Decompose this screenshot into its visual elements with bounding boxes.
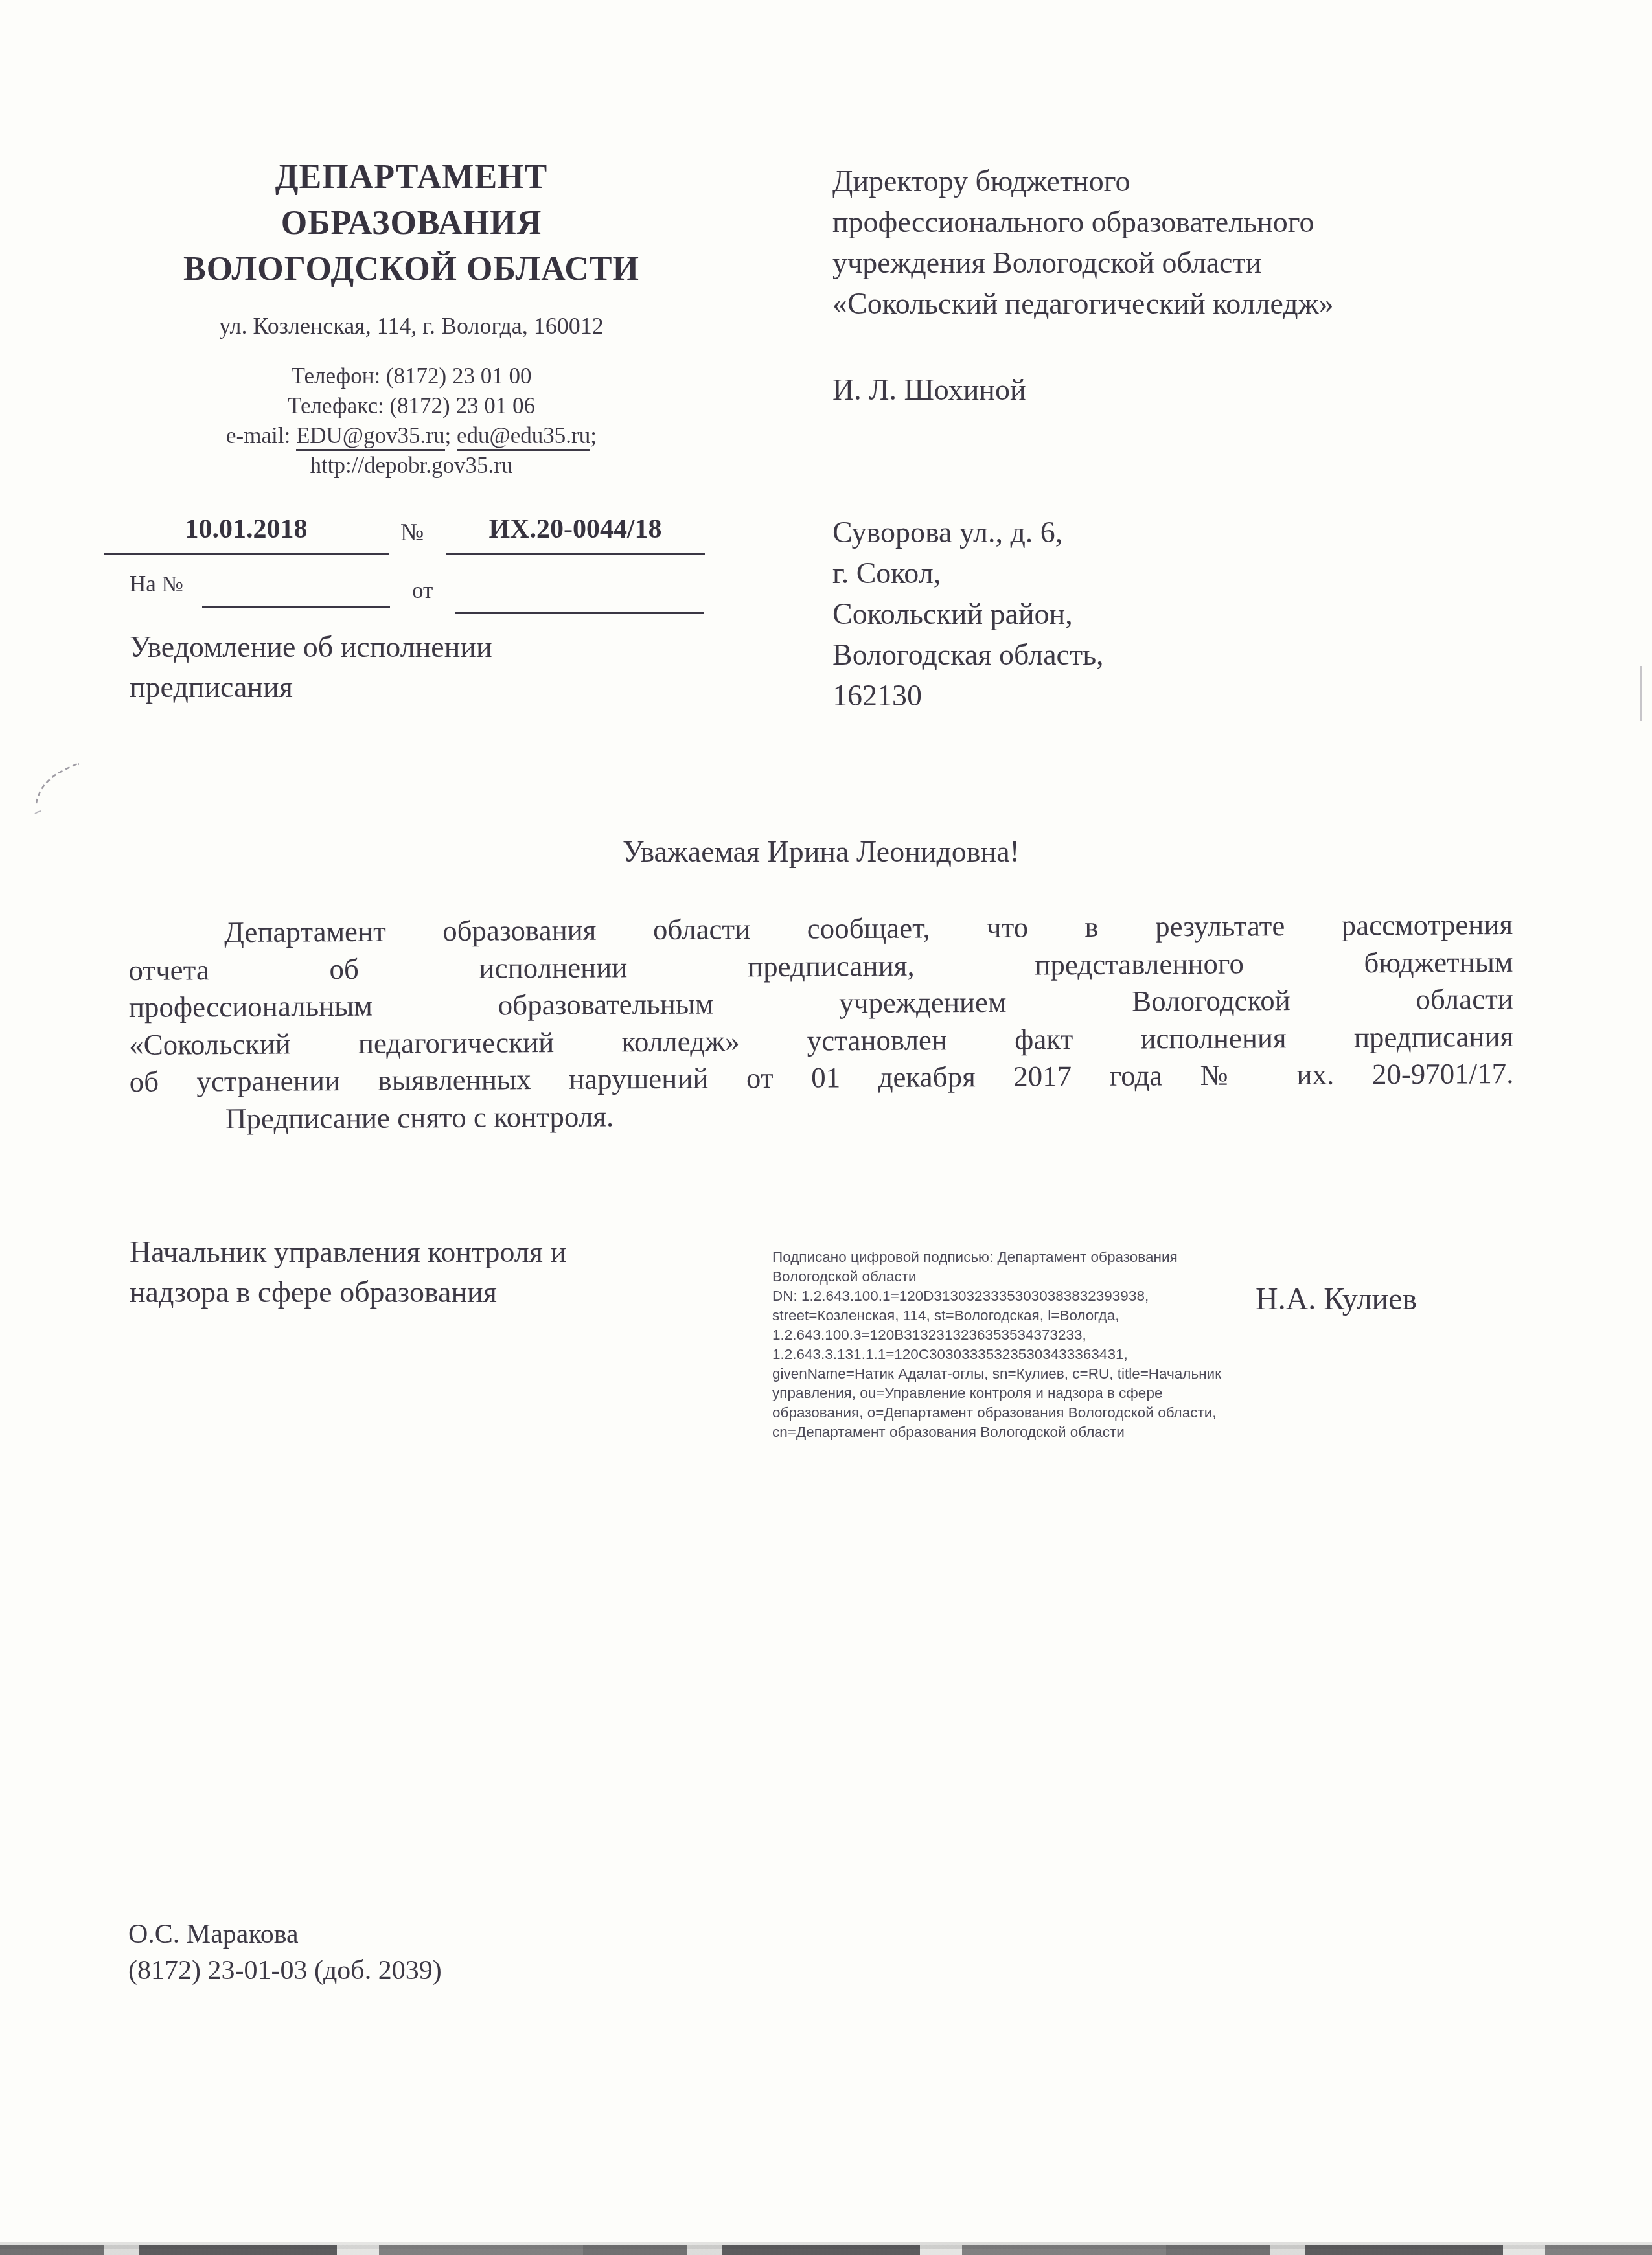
- stamp-line-8: управления, ou=Управление контроля и над…: [772, 1384, 1284, 1403]
- letterhead-org: ДЕПАРТАМЕНТ ОБРАЗОВАНИЯ ВОЛОГОДСКОЙ ОБЛА…: [91, 154, 732, 292]
- signer-name: Н.А. Кулиев: [1256, 1281, 1566, 1317]
- org-line-3: ВОЛОГОДСКОЙ ОБЛАСТИ: [91, 246, 732, 292]
- stamp-line-7: givenName=Натик Адалат-оглы, sn=Кулиев, …: [772, 1364, 1284, 1384]
- recipient-line-2: профессионального образовательного: [832, 201, 1565, 242]
- recipient-address: Суворова ул., д. 6, г. Сокол, Сокольский…: [832, 512, 1480, 716]
- scan-edge-artifact: [1640, 666, 1642, 721]
- signer-title-line-1: Начальник управления контроля и: [130, 1232, 713, 1272]
- recipient-address-line-1: Суворова ул., д. 6,: [832, 512, 1480, 553]
- email-label: e-mail:: [226, 423, 296, 448]
- executor-block: О.С. Маракова (8172) 23-01-03 (доб. 2039…: [128, 1916, 442, 1989]
- email-link-1: EDU@gov35.ru: [296, 423, 445, 451]
- website-line: http://depobr.gov35.ru: [91, 451, 732, 481]
- email-separator: ;: [445, 423, 457, 448]
- recipient-block: Директору бюджетного профессионального о…: [832, 161, 1565, 324]
- subject-line-1: Уведомление об исполнении: [130, 627, 661, 667]
- email-link-2: edu@edu35.ru: [457, 423, 590, 451]
- recipient-line-3: учреждения Вологодской области: [832, 242, 1565, 283]
- pen-squiggle-artifact: [34, 763, 79, 821]
- letterhead-address: ул. Козленская, 114, г. Вологда, 160012: [91, 312, 732, 339]
- stamp-line-9: образования, o=Департамент образования В…: [772, 1403, 1284, 1423]
- number-sign: №: [400, 518, 424, 547]
- stamp-line-10: cn=Департамент образования Вологодской о…: [772, 1423, 1284, 1442]
- email-line: e-mail: EDU@gov35.ru; edu@edu35.ru;: [91, 421, 732, 451]
- body-paragraph: Департамент образования области сообщает…: [128, 906, 1514, 1138]
- email-suffix: ;: [590, 423, 597, 448]
- outgoing-number: ИХ.20-0044/18: [446, 514, 705, 555]
- org-line-1: ДЕПАРТАМЕНТ: [91, 154, 732, 200]
- fax-line: Телефакс: (8172) 23 01 06: [91, 391, 732, 421]
- recipient-address-line-5: 162130: [832, 675, 1480, 716]
- digital-signature-stamp: Подписано цифровой подписью: Департамент…: [772, 1248, 1284, 1442]
- letterhead-contacts: Телефон: (8172) 23 01 00 Телефакс: (8172…: [91, 361, 732, 481]
- recipient-name: И. Л. Шохиной: [832, 372, 1026, 407]
- on-number-label: На №: [130, 571, 183, 597]
- recipient-address-line-4: Вологодская область,: [832, 634, 1480, 675]
- stamp-line-1: Подписано цифровой подписью: Департамент…: [772, 1248, 1284, 1267]
- signer-title: Начальник управления контроля и надзора …: [130, 1232, 713, 1312]
- recipient-line-1: Директору бюджетного: [832, 161, 1565, 201]
- recipient-line-4: «Сокольский педагогический колледж»: [832, 283, 1565, 324]
- recipient-address-line-2: г. Сокол,: [832, 553, 1480, 593]
- stamp-line-6: 1.2.643.3.131.1.1=120C303033353235303433…: [772, 1345, 1284, 1364]
- executor-name: О.С. Маракова: [128, 1916, 442, 1952]
- from-blank-underline: [455, 573, 704, 614]
- scanned-letter-page: ДЕПАРТАМЕНТ ОБРАЗОВАНИЯ ВОЛОГОДСКОЙ ОБЛА…: [0, 0, 1652, 2255]
- on-number-blank-underline: [202, 570, 390, 608]
- stamp-line-2: Вологодской области: [772, 1267, 1284, 1287]
- letter-date: 10.01.2018: [104, 514, 389, 555]
- recipient-address-line-3: Сокольский район,: [832, 593, 1480, 634]
- stamp-line-3: DN: 1.2.643.100.1=120D313032333530303838…: [772, 1287, 1284, 1306]
- stamp-line-5: 1.2.643.100.3=120B3132313236353534373233…: [772, 1325, 1284, 1345]
- signer-title-line-2: надзора в сфере образования: [130, 1272, 713, 1312]
- scan-bottom-strip: [0, 2245, 1652, 2255]
- subject: Уведомление об исполнении предписания: [130, 627, 661, 707]
- subject-line-2: предписания: [130, 667, 661, 707]
- body-line-6: Предписание снято с контроля.: [130, 1092, 1514, 1138]
- from-label: от: [412, 578, 433, 604]
- org-line-2: ОБРАЗОВАНИЯ: [91, 200, 732, 246]
- stamp-line-4: street=Козленская, 114, st=Вологодская, …: [772, 1306, 1284, 1325]
- executor-phone: (8172) 23-01-03 (доб. 2039): [128, 1952, 442, 1989]
- phone-line: Телефон: (8172) 23 01 00: [91, 361, 732, 391]
- salutation: Уважаемая Ирина Леонидовна!: [130, 834, 1513, 869]
